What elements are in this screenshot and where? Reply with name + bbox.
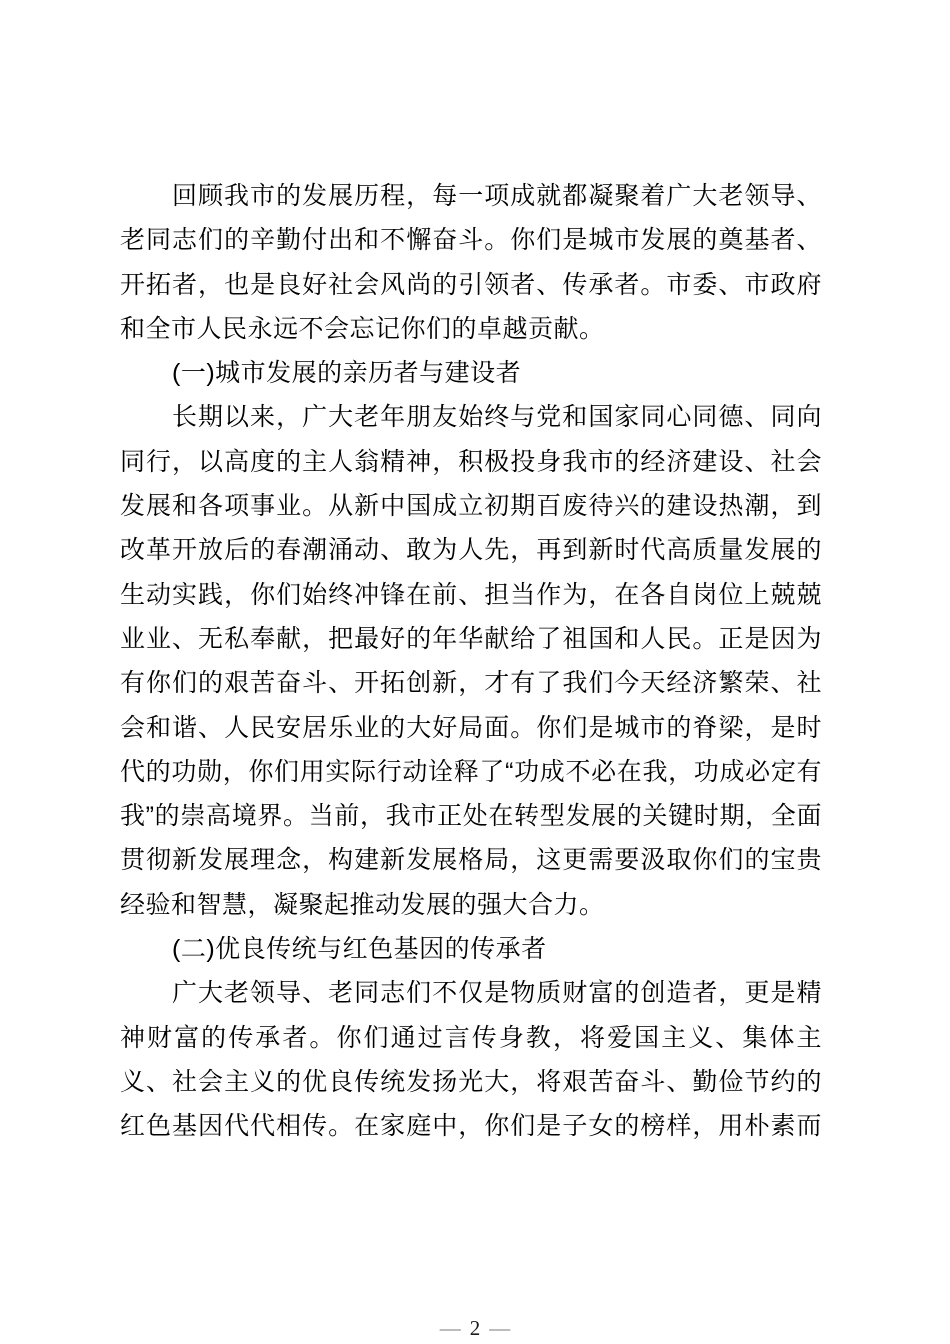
document-body: 回顾我市的发展历程，每一项成就都凝聚着广大老领导、老同志们的辛勤付出和不懈奋斗。… <box>120 174 822 1149</box>
text-line: 贯彻新发展理念，构建新发展格局，这更需要汲取你们的宝贵 <box>120 838 822 882</box>
text-line: 红色基因代代相传。在家庭中，你们是子女的榜样，用朴素而 <box>120 1104 822 1148</box>
section-heading: (一)城市发展的亲历者与建设者 <box>120 351 822 395</box>
text-line: 发展和各项事业。从新中国成立初期百废待兴的建设热潮，到 <box>120 484 822 528</box>
text-line: 同行，以高度的主人翁精神，积极投身我市的经济建设、社会 <box>120 440 822 484</box>
text-line: 业业、无私奉献，把最好的年华献给了祖国和人民。正是因为 <box>120 617 822 661</box>
text-line: 我”的崇高境界。当前，我市正处在转型发展的关键时期，全面 <box>120 794 822 838</box>
text-line: 神财富的传承者。你们通过言传身教，将爱国主义、集体主 <box>120 1016 822 1060</box>
text-line: 会和谐、人民安居乐业的大好局面。你们是城市的脊梁，是时 <box>120 706 822 750</box>
text-line: 开拓者，也是良好社会风尚的引领者、传承者。市委、市政府 <box>120 263 822 307</box>
text-line: 生动实践，你们始终冲锋在前、担当作为，在各自岗位上兢兢 <box>120 573 822 617</box>
section-heading: (二)优良传统与红色基因的传承者 <box>120 927 822 971</box>
text-line: 经验和智慧，凝聚起推动发展的强大合力。 <box>120 883 822 927</box>
text-line: 改革开放后的春潮涌动、敢为人先，再到新时代高质量发展的 <box>120 528 822 572</box>
footer-dash-left: — <box>440 1316 461 1340</box>
text-line: 和全市人民永远不会忘记你们的卓越贡献。 <box>120 307 822 351</box>
text-line: 义、社会主义的优良传统发扬光大，将艰苦奋斗、勤俭节约的 <box>120 1060 822 1104</box>
text-line: 有你们的艰苦奋斗、开拓创新，才有了我们今天经济繁荣、社 <box>120 661 822 705</box>
page-footer: —2— <box>0 1316 950 1340</box>
text-line: 长期以来，广大老年朋友始终与党和国家同心同德、同向 <box>120 395 822 439</box>
footer-dash-right: — <box>489 1316 510 1340</box>
text-line: 代的功勋，你们用实际行动诠释了“功成不必在我，功成必定有 <box>120 750 822 794</box>
text-line: 广大老领导、老同志们不仅是物质财富的创造者，更是精 <box>120 971 822 1015</box>
document-page: 回顾我市的发展历程，每一项成就都凝聚着广大老领导、老同志们的辛勤付出和不懈奋斗。… <box>0 0 950 1344</box>
text-line: 回顾我市的发展历程，每一项成就都凝聚着广大老领导、 <box>120 174 822 218</box>
text-line: 老同志们的辛勤付出和不懈奋斗。你们是城市发展的奠基者、 <box>120 218 822 262</box>
page-number: 2 <box>470 1316 481 1340</box>
